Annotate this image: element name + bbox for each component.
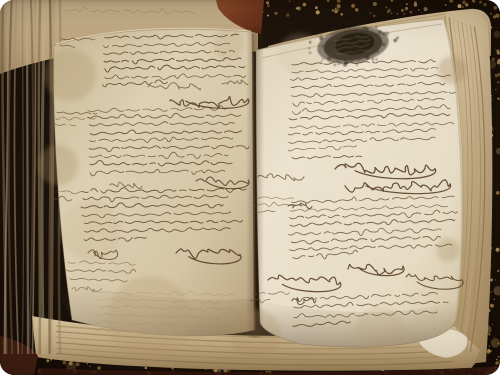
photo-of-open-manuscript-book: [0, 0, 500, 375]
book-illustration: [0, 0, 500, 375]
